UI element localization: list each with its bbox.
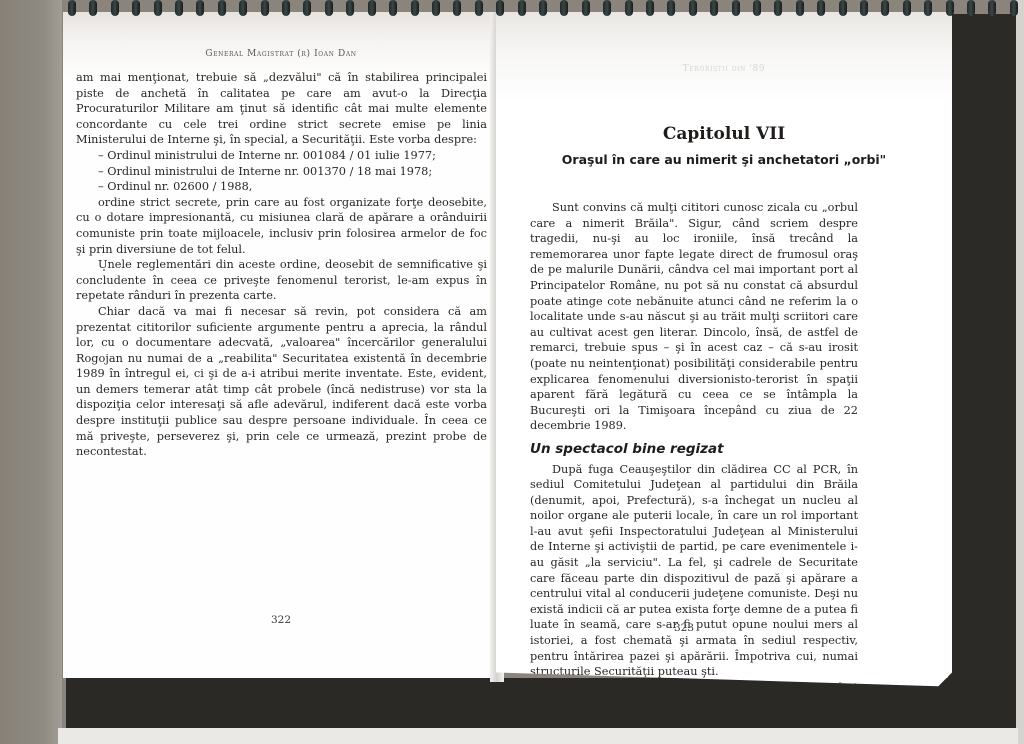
spiral-coil bbox=[753, 0, 761, 16]
spiral-coil bbox=[796, 0, 804, 16]
spiral-coil bbox=[732, 0, 740, 16]
spiral-coil bbox=[475, 0, 483, 16]
spiral-coil bbox=[453, 0, 461, 16]
running-head-faded: Teroriştii din '89 bbox=[496, 64, 952, 74]
spiral-coil bbox=[132, 0, 140, 16]
spiral-coil bbox=[603, 0, 611, 16]
spiral-coil bbox=[839, 0, 847, 16]
right-page: Teroriştii din '89 Capitolul VII Oraşul … bbox=[496, 12, 952, 700]
spiral-coil bbox=[303, 0, 311, 16]
spiral-coil bbox=[68, 0, 76, 16]
paragraph: Chiar dacă va mai fi necesar să revin, p… bbox=[76, 304, 487, 460]
spiral-coil bbox=[518, 0, 526, 16]
spiral-coil bbox=[389, 0, 397, 16]
left-page: General Magistrat (r) Ioan Dan am mai me… bbox=[63, 12, 499, 678]
paragraph: am mai menţionat, trebuie să „dezvălui" … bbox=[76, 70, 487, 148]
spiral-coil bbox=[946, 0, 954, 16]
spiral-coil bbox=[261, 0, 269, 16]
spiral-coil bbox=[432, 0, 440, 16]
spiral-coil bbox=[903, 0, 911, 16]
spiral-coil bbox=[582, 0, 590, 16]
spiral-coil bbox=[881, 0, 889, 16]
chapter-title: Capitolul VII bbox=[496, 124, 952, 144]
dark-scan-band-bottom bbox=[66, 678, 1016, 730]
spiral-coil bbox=[710, 0, 718, 16]
spiral-coil bbox=[496, 0, 504, 16]
spiral-coil bbox=[111, 0, 119, 16]
spiral-coil bbox=[196, 0, 204, 16]
spiral-coil bbox=[154, 0, 162, 16]
chapter-subtitle: Oraşul în care au nimerit şi anchetatori… bbox=[496, 152, 952, 167]
spiral-coil bbox=[325, 0, 333, 16]
dark-scan-band-right bbox=[948, 14, 1016, 730]
spiral-coil bbox=[560, 0, 568, 16]
paragraph: Sunt convins că mulţi cititori cunosc zi… bbox=[530, 200, 858, 434]
spiral-coil bbox=[1010, 0, 1018, 16]
spiral-coil bbox=[667, 0, 675, 16]
left-page-body: am mai menţionat, trebuie să „dezvălui" … bbox=[76, 70, 487, 460]
paragraph: ordine strict secrete, prin care au fost… bbox=[76, 195, 487, 257]
spiral-coil bbox=[646, 0, 654, 16]
spiral-coil bbox=[988, 0, 996, 16]
list-item: – Ordinul ministrului de Interne nr. 001… bbox=[76, 148, 487, 164]
spiral-coil bbox=[774, 0, 782, 16]
spiral-coil bbox=[860, 0, 868, 16]
page-number: 322 bbox=[63, 614, 499, 626]
spiral-coil bbox=[539, 0, 547, 16]
paragraph: După fuga Ceauşeştilor din clădirea CC a… bbox=[530, 462, 858, 680]
page-number: 323 bbox=[496, 622, 912, 634]
list-item: – Ordinul ministrului de Interne nr. 001… bbox=[76, 164, 487, 180]
spiral-coil bbox=[89, 0, 97, 16]
spiral-coil bbox=[689, 0, 697, 16]
spiral-coil bbox=[346, 0, 354, 16]
spiral-coil bbox=[924, 0, 932, 16]
scanner-bottom-edge bbox=[58, 728, 1018, 744]
spiral-coil bbox=[282, 0, 290, 16]
spiral-coil bbox=[411, 0, 419, 16]
list-item: – Ordinul nr. 02600 / 1988, bbox=[76, 179, 487, 195]
spiral-coil bbox=[239, 0, 247, 16]
running-head: General Magistrat (r) Ioan Dan bbox=[63, 49, 499, 59]
spiral-coil bbox=[967, 0, 975, 16]
spiral-coil bbox=[218, 0, 226, 16]
spiral-coil bbox=[175, 0, 183, 16]
scan-speck bbox=[103, 269, 105, 271]
spiral-coil bbox=[625, 0, 633, 16]
section-heading: Un spectacol bine regizat bbox=[530, 442, 858, 458]
spiral-coil bbox=[368, 0, 376, 16]
scanner-background bbox=[0, 0, 62, 744]
paragraph: Unele reglementări din aceste ordine, de… bbox=[76, 257, 487, 304]
spiral-coil bbox=[817, 0, 825, 16]
spiral-binding bbox=[68, 0, 1018, 16]
